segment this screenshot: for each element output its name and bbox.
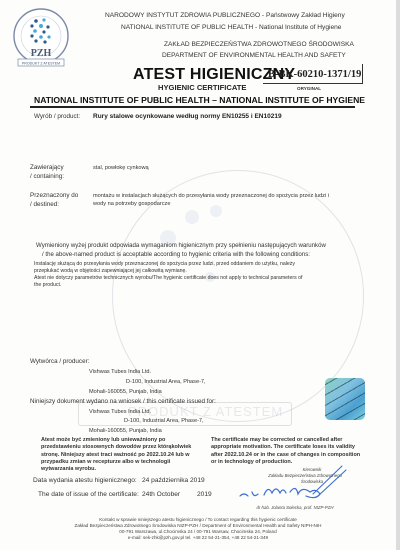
product-label: Wyrób / product: — [34, 113, 80, 120]
condition-line-4: the product. — [34, 282, 61, 288]
validity-text-pl: Atest może być zmieniony lub unieważnion… — [41, 437, 201, 473]
producer-name: Vishwas Tubes India Ltd. — [89, 369, 151, 375]
footer-line-4: e-mail: sek-zhk@pzh.gov.pl tel. +48 22 5… — [0, 535, 396, 540]
destined-label: Przeznaczony do — [30, 192, 78, 199]
issue-date-value-en: 24th October — [142, 491, 180, 498]
svg-text:PRODUKT Z ATESTEM: PRODUKT Z ATESTEM — [22, 61, 60, 65]
pzh-logo-icon: PZH PRODUKT Z ATESTEM — [8, 6, 74, 72]
certificate-page: PRODUKT Z ATESTEM PZH PRODUKT Z ATESTEM … — [0, 0, 396, 550]
containing-label-en: / containing: — [30, 173, 64, 180]
issued-for-name: Vishwas Tubes India Ltd. — [89, 409, 151, 415]
containing-value: stal, powłokę cynkową — [93, 165, 149, 171]
institute-name: NATIONAL INSTITUTE OF PUBLIC HEALTH – NA… — [34, 95, 365, 105]
destined-value-2: wody na potrzeby gospodarcze — [93, 201, 170, 207]
product-value: Rury stalowe ocynkowane według normy EN1… — [93, 113, 282, 120]
destined-label-en: / destined: — [30, 201, 59, 208]
watermark-dot — [185, 210, 199, 224]
producer-label: Wytwórca / producer: — [30, 358, 89, 365]
original-label: ORYGINAL — [297, 86, 321, 91]
watermark-text: PRODUKT Z ATESTEM — [128, 404, 283, 419]
issue-date-value-pl: 24 października 2019 — [142, 477, 205, 484]
issued-for-address-2: Mohali-160055, Punjab, India — [89, 428, 162, 434]
watermark-dot — [210, 205, 222, 217]
header-line-2: NATIONAL INSTITUTE OF PUBLIC HEALTH - Na… — [121, 24, 341, 31]
issue-date-label-pl: Data wydania atestu higienicznego: — [33, 477, 137, 484]
cert-number: B-BK-60210-1371/19 — [268, 69, 361, 80]
svg-text:PZH: PZH — [31, 48, 52, 59]
footer-line-2: Zakład Bezpieczeństwa Zdrowotnego Środow… — [0, 523, 396, 528]
issued-for-address-1: D-100, Industrial Area, Phase-7, — [124, 418, 204, 424]
conditions-intro-pl: Wymieniony wyżej produkt odpowiada wymag… — [36, 242, 326, 249]
condition-line-3: Atest nie dotyczy parametrów technicznyc… — [34, 275, 302, 281]
document-subtitle: HYGIENIC CERTIFICATE — [158, 83, 246, 92]
condition-line-2: przepłukać wodą w objętości zapewniające… — [34, 268, 187, 274]
hologram-seal-icon — [325, 378, 365, 420]
header-line-4: DEPARTMENT OF ENVIRONMENTAL HEALTH AND S… — [162, 52, 346, 59]
header-line-3: ZAKŁAD BEZPIECZEŃSTWA ZDROWOTNEGO ŚRODOW… — [164, 41, 354, 48]
issued-for-label: Niniejszy dokument wydano na wniosek / t… — [30, 398, 216, 405]
issue-date-year-en: 2019 — [197, 491, 212, 498]
footer-line-3: 00-791 Warszawa, ul.Chocimska 24 / 00-79… — [0, 529, 396, 534]
signatory-name: dr hab. Jolanta Solecka, prof. NIZP-PZH — [240, 505, 350, 510]
destined-value-1: montażu w instalacjach służących do prze… — [93, 193, 329, 199]
containing-label: Zawierający — [30, 164, 64, 171]
signature-icon — [238, 462, 348, 504]
condition-line-1: Instalację służącą do przesyłania wody p… — [34, 261, 295, 267]
header-line-1: NARODOWY INSTYTUT ZDROWIA PUBLICZNEGO - … — [105, 12, 345, 19]
producer-address-2: Mohali-160055, Punjab, India — [89, 389, 162, 395]
footer-line-1: Kontakt w sprawie niniejszego atestu hig… — [0, 517, 396, 522]
conditions-intro-en: / the above-named product is acceptable … — [42, 251, 310, 258]
producer-address-1: D-100, Industrial Area, Phase-7, — [126, 379, 206, 385]
header-divider — [30, 106, 355, 108]
issue-date-label-en: The date of issue of the certificate: — [38, 491, 139, 498]
page-edge-shadow — [396, 0, 400, 550]
